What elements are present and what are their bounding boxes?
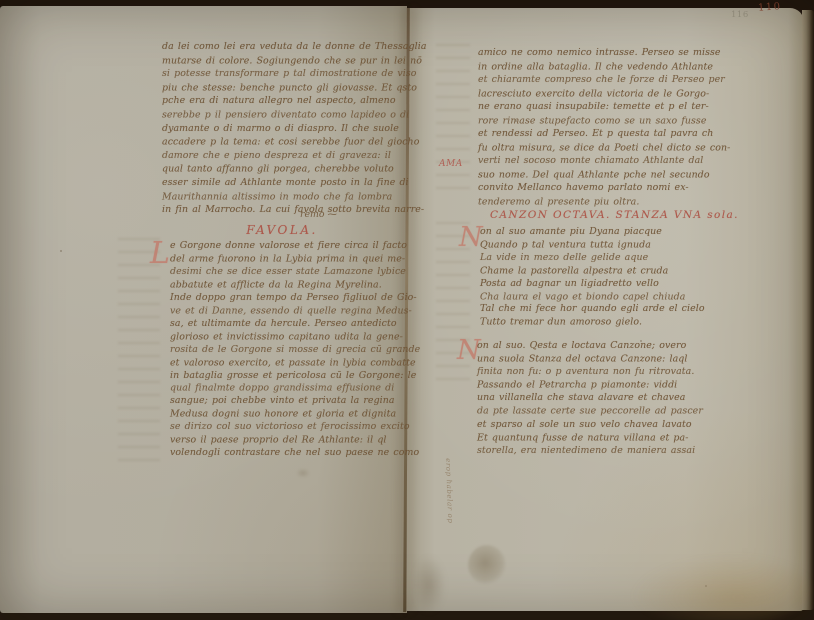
manuscript-line: volendogli contrastare che nel suo paese… <box>170 447 406 460</box>
manuscript-line: accadere p la tema: et cosi serebbe fuor… <box>162 135 402 149</box>
manuscript-line: rore rimase stupefacto como se un saxo f… <box>478 114 713 128</box>
manuscript-line: pche era di natura allegro nel aspecto, … <box>162 94 402 108</box>
manuscript-line: et sparso al sole un suo velo chavea lav… <box>477 418 715 431</box>
manuscript-line: se dirizo col suo victorioso et ferociss… <box>170 421 406 434</box>
manuscript-line: serebbe p il pensiero diventato como lap… <box>162 108 402 122</box>
manuscript-line: una villanella che stava alavare et chav… <box>477 391 715 404</box>
manuscript-line: Quando p tal ventura tutta ignuda <box>480 239 710 252</box>
manuscript-line: tenderemo al presente piu oltra. <box>478 195 713 209</box>
manuscript-line: Inde doppo gran tempo da Perseo figliuol… <box>170 292 406 305</box>
manuscript-line: ne erano quasi insupabile: temette et p … <box>478 100 713 114</box>
poem-stanza: on al suo amante piu Dyana piacqueQuando… <box>480 226 710 329</box>
faint-folio-number: 116 <box>731 10 749 20</box>
manuscript-line: Cha laura el vago et biondo capel chiuda <box>480 291 710 304</box>
speck <box>640 340 642 342</box>
manuscript-line: La vide in mezo delle gelide aque <box>480 252 710 265</box>
manuscript-line: finita non fu: o p aventura non fu ritro… <box>477 365 715 378</box>
manuscript-line: desimi che se dice esser state Lamazone … <box>170 266 406 279</box>
manuscript-line: Et quantunq fusse de natura villana et p… <box>477 431 715 444</box>
favola-paragraph: e Gorgone donne valorose et fiere circa … <box>170 240 406 460</box>
manuscript-line: in ordine alla bataglia. Il che vedendo … <box>478 60 713 74</box>
manuscript-line: in bataglia grosse et pericolosa cū le G… <box>170 370 406 383</box>
favola-initial-letter: L <box>150 236 170 271</box>
manuscript-line: sangue; poi chebbe vinto et privata la r… <box>170 395 406 408</box>
speck <box>515 120 517 122</box>
manuscript-line: et chiaramte compreso che le forze di Pe… <box>478 73 713 87</box>
manuscript-line: amico ne como nemico intrasse. Perseo se… <box>478 46 713 60</box>
manuscript-line: Posta ad bagnar un ligiadretto vello <box>480 278 710 291</box>
manuscript-line: damore che e pieno despreza et di gravez… <box>162 149 402 163</box>
manuscript-line: on al suo. Qesta e loctava Canzone; over… <box>477 339 715 352</box>
manuscript-line: et rendessi ad Perseo. Et p questa tal p… <box>478 127 713 141</box>
manuscript-line: mutarse di colore. Sogiungendo che se pu… <box>162 54 402 68</box>
manuscript-line: convito Mellanco havemo parlato nomi ex- <box>478 181 713 195</box>
manuscript-line: Chame la pastorella alpestra et cruda <box>480 265 710 278</box>
manuscript-line: Maurithannia altissimo in modo che fa lo… <box>162 190 402 204</box>
manuscript-line: qual finalmte doppo grandissima effusion… <box>170 383 406 396</box>
manuscript-line: rosita de le Gorgone si mosse di grecia … <box>170 344 406 357</box>
manuscript-line: fu oltra misura, se dice da Poeti chel d… <box>478 141 713 155</box>
speck <box>705 585 707 587</box>
manuscript-line: verti nel socoso monte chiamato Athlante… <box>478 154 713 168</box>
canzon-heading: CANZON OCTAVA. STANZA VNA sola. <box>490 209 739 221</box>
right-paragraph-1: amico ne como nemico intrasse. Perseo se… <box>478 46 713 208</box>
book-page-edges <box>802 10 814 610</box>
manuscript-line: da lei como lei era veduta da le donne d… <box>162 40 402 54</box>
manuscript-line: piu che stesse: benche puncto gli giovas… <box>162 81 402 95</box>
catchword: remo ⁓ <box>300 209 337 220</box>
folio-number: 110 <box>758 1 782 14</box>
manuscript-line: lacresciuto exercito della victoria de l… <box>478 87 713 101</box>
manuscript-line: Tal che mi fece hor quando egli arde el … <box>480 303 710 316</box>
manuscript-line: glorioso et invictissimo capitano udita … <box>170 331 406 344</box>
manuscript-line: dyamante o di marmo o di diaspro. Il che… <box>162 122 402 136</box>
manuscript-line: da pte lassate certe sue peccorelle ad p… <box>477 405 715 418</box>
speck <box>60 250 62 252</box>
manuscript-photo: da lei como lei era veduta da le donne d… <box>0 0 814 620</box>
manuscript-line: sa, et ultimamte da hercule. Perseo ante… <box>170 318 406 331</box>
manuscript-line: storella, era nientedimeno de maniera as… <box>477 444 715 457</box>
manuscript-line: esser simile ad Athlante monte posto in … <box>162 176 402 190</box>
red-margin-note: AMA <box>439 159 463 169</box>
manuscript-line: on al suo amante piu Dyana piacque <box>480 226 710 239</box>
manuscript-line: Medusa dogni suo honore et gloria et dig… <box>170 409 406 422</box>
manuscript-line: et valoroso exercito, et passate in lybi… <box>170 357 406 370</box>
manuscript-line: una suola Stanza del octava Canzone: laq… <box>477 352 715 365</box>
manuscript-line: suo nome. Del qual Athlante pche nel sec… <box>478 168 713 182</box>
manuscript-line: Tutto tremar dun amoroso gielo. <box>480 317 710 330</box>
favola-heading: FAVOLA. <box>162 223 402 237</box>
manuscript-line: del arme fuorono in la Lybia prima in qu… <box>170 253 406 266</box>
manuscript-line: Passando el Petrarcha p piamonte: viddi <box>477 379 715 392</box>
left-paragraph-1: da lei como lei era veduta da le donne d… <box>162 40 402 217</box>
manuscript-line: si potesse transformare p tal dimostrati… <box>162 67 402 81</box>
manuscript-line: in fin al Marrocho. La cui favola sotto … <box>162 203 402 217</box>
manuscript-line: abbatute et afflicte da la Regina Myreli… <box>170 279 406 292</box>
commentary-paragraph: on al suo. Qesta e loctava Canzone; over… <box>477 339 715 457</box>
manuscript-line: e Gorgone donne valorose et fiere circa … <box>170 240 406 253</box>
manuscript-line: ve et di Danne, essendo di quelle regina… <box>170 305 406 318</box>
manuscript-line: verso il paese proprio del Re Athlante: … <box>170 435 406 448</box>
manuscript-line: qual tanto affanno gli porgea, cherebbe … <box>162 163 402 177</box>
